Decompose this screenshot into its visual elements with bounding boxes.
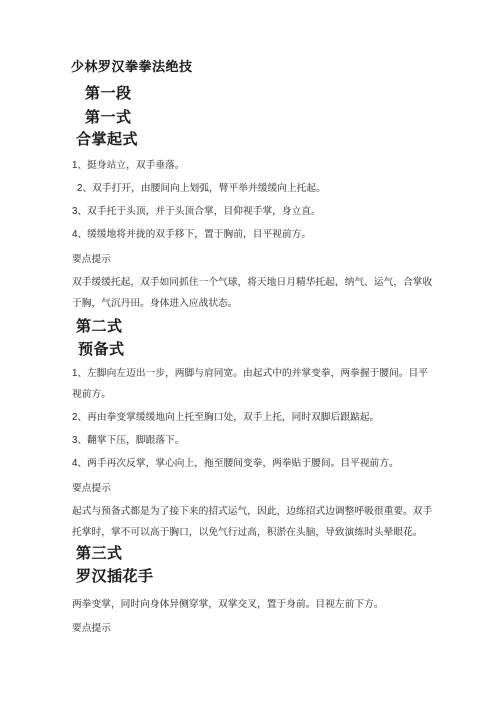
form-1-step-2: 2、双手打开，由腰间向上划弧，臂平举并缓缓向上托起。 bbox=[77, 178, 436, 199]
form-2-step-1: 1、左脚向左迈出一步，两脚与肩同宽。由起式中的并掌变拳，两拳握于腰间。目平视前方… bbox=[72, 363, 436, 405]
doc-title: 少林罗汉拳拳法绝技 bbox=[71, 57, 436, 77]
form-2-step-3: 3、翻掌下压，脚跟落下。 bbox=[72, 430, 436, 451]
form-2-step-4: 4、两手再次反掌，掌心向上，拖至腰间变拳，两拳贴于腰间。目平视前方。 bbox=[72, 453, 436, 474]
form-2-step-2: 2、再由拳变掌缓缓地向上托至胸口处，双手上托，同时双脚后跟踮起。 bbox=[72, 407, 436, 428]
heading-form-2-name: 预备式 bbox=[78, 339, 436, 361]
form-3-description: 两拳变掌，同时向身体异侧穿掌，双掌交叉，置于身前。目视左前下方。 bbox=[72, 594, 436, 615]
tips-label-2: 要点提示 bbox=[72, 478, 436, 499]
form-2-tips-paragraph: 起式与预备式都是为了接下来的招式运气，因此，边练招式边调整呼吸很重要。双手托掌时… bbox=[72, 501, 436, 543]
form-1-step-4: 4、缓缓地将并拢的双手移下，置于胸前，目平视前方。 bbox=[72, 224, 436, 245]
heading-form-3-name: 罗汉插花手 bbox=[76, 566, 436, 588]
heading-part-1: 第一段 bbox=[85, 83, 436, 105]
tips-label-3: 要点提示 bbox=[72, 618, 436, 639]
form-1-step-1: 1、挺身站立，双手垂落。 bbox=[72, 155, 436, 176]
form-1-step-3: 3、双手托于头顶，并于头顶合掌，目仰视手掌，身立直。 bbox=[72, 201, 436, 222]
heading-form-3-number: 第三式 bbox=[76, 543, 436, 565]
form-1-tips-paragraph: 双手缓缓托起，双手如同抓住一个气球，将天地日月精华托起，纳气、运气，合掌收于胸，… bbox=[72, 272, 436, 314]
document-page: 少林罗汉拳拳法绝技 第一段 第一式 合掌起式 1、挺身站立，双手垂落。 2、双手… bbox=[0, 0, 500, 707]
heading-form-1-name: 合掌起式 bbox=[76, 129, 436, 151]
tips-label-1: 要点提示 bbox=[72, 249, 436, 270]
heading-form-1-number: 第一式 bbox=[85, 107, 436, 129]
heading-form-2-number: 第二式 bbox=[76, 316, 436, 338]
